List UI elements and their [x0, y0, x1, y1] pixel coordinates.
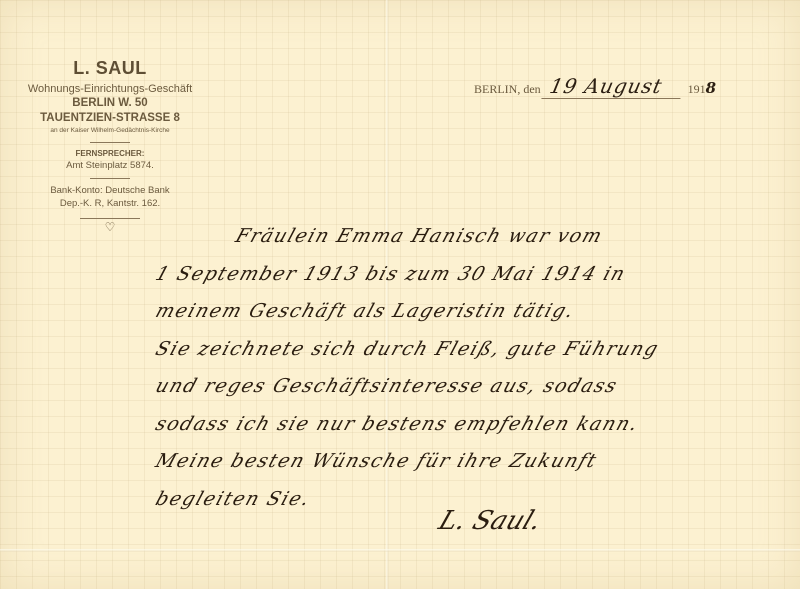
body-line: Meine besten Wünsche für ihre Zukunft: [150, 443, 800, 481]
street-address: TAUENTZIEN-STRASSE 8: [0, 111, 220, 126]
letter-body: Fräulein Emma Hanisch war vom 1 Septembe…: [150, 218, 790, 518]
company-name: L. SAUL: [0, 58, 220, 79]
phone-label: FERNSPRECHER:: [0, 148, 220, 159]
body-line: und reges Geschäftsinteresse aus, sodass: [150, 368, 800, 406]
date-handwritten-year-digit: 8: [706, 79, 716, 97]
date-printed-year: 191: [688, 82, 706, 97]
city-line: BERLIN W. 50: [0, 96, 220, 111]
date-handwritten: 19 August: [541, 74, 685, 99]
heart-ornament-icon: ♡: [80, 218, 140, 234]
letter-page: L. SAUL Wohnungs-Einrichtungs-Geschäft B…: [0, 0, 800, 589]
body-line: sodass ich sie nur bestens empfehlen kan…: [150, 406, 800, 444]
letterhead: L. SAUL Wohnungs-Einrichtungs-Geschäft B…: [0, 58, 220, 234]
phone-value: Amt Steinplatz 5874.: [0, 159, 220, 172]
business-type: Wohnungs-Einrichtungs-Geschäft: [0, 82, 220, 96]
divider: [90, 142, 130, 143]
location-note: an der Kaiser Wilhelm-Gedächtnis-Kirche: [0, 126, 220, 136]
body-line: 1 September 1913 bis zum 30 Mai 1914 in: [150, 256, 800, 294]
bank-line-2: Dep.-K. R, Kantstr. 162.: [0, 197, 220, 210]
body-line: Sie zeichnete sich durch Fleiß, gute Füh…: [150, 331, 800, 369]
date-printed-prefix: BERLIN, den: [474, 82, 541, 97]
divider: [90, 178, 130, 179]
signature: L. Saul.: [435, 506, 546, 536]
horizontal-fold-line: [0, 549, 800, 552]
dateline: BERLIN, den 19 August 191 8: [474, 74, 716, 99]
body-line: meinem Geschäft als Lageristin tätig.: [150, 293, 800, 331]
bank-line-1: Bank-Konto: Deutsche Bank: [0, 184, 220, 197]
body-line: Fräulein Emma Hanisch war vom: [150, 218, 800, 256]
